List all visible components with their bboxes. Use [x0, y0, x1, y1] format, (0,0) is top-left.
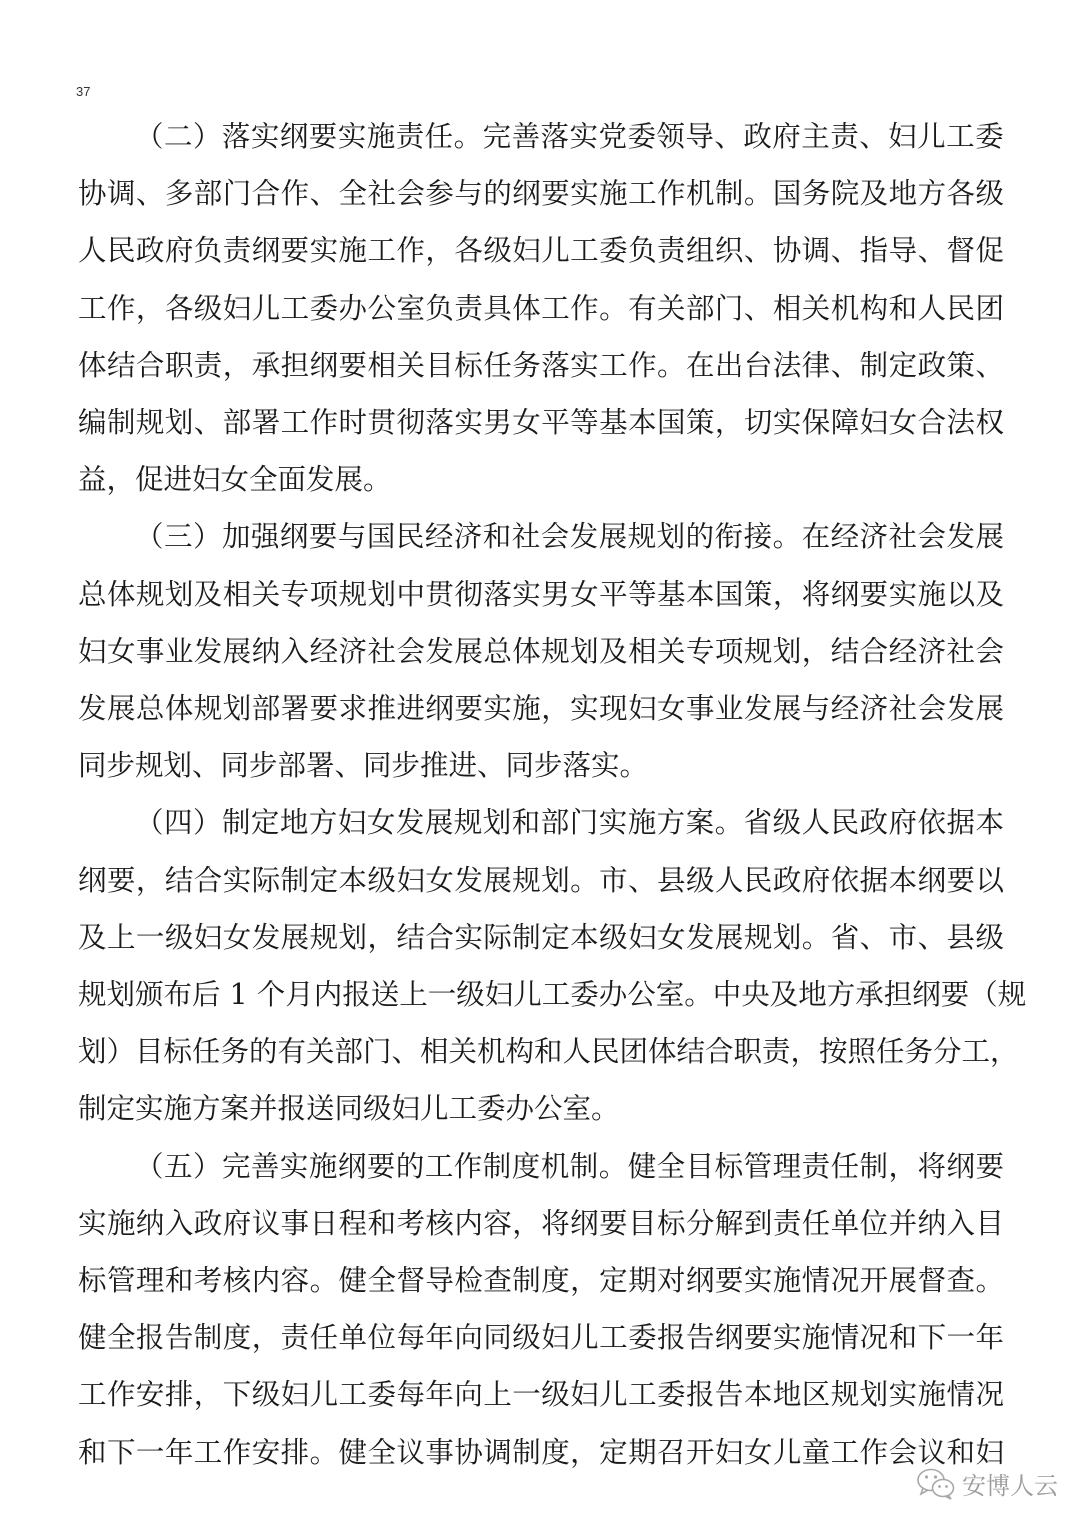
paragraph-line: 纲要，结合实际制定本级妇女发展规划。市、县级人民政府依据本纲要以 [78, 852, 1004, 909]
section-heading: （五）完善实施纲要的工作制度机制。 [135, 1150, 628, 1183]
document-body: （二）落实纲要实施责任。完善落实党委领导、政府主责、妇儿工委 协调、多部门合作、… [78, 108, 1004, 1481]
paragraph-line: 实施纳入政府议事日程和考核内容，将纲要目标分解到责任单位并纳入目 [78, 1195, 1004, 1252]
section-5-work-mechanisms: （五）完善实施纲要的工作制度机制。健全目标管理责任制，将纲要 实施纳入政府议事日… [78, 1138, 1004, 1481]
paragraph-line: 和下一年工作安排。健全议事协调制度，定期召开妇女儿童工作会议和妇 [78, 1424, 1004, 1481]
section-2-responsibility: （二）落实纲要实施责任。完善落实党委领导、政府主责、妇儿工委 协调、多部门合作、… [78, 108, 1004, 508]
paragraph-line: 及上一级妇女发展规划，结合实际制定本级妇女发展规划。省、市、县级 [78, 909, 1004, 966]
wechat-icon [916, 1467, 956, 1501]
paragraph-line: 人民政府负责纲要实施工作，各级妇儿工委负责组织、协调、指导、督促 [78, 222, 1004, 279]
paragraph-line: （五）完善实施纲要的工作制度机制。健全目标管理责任制，将纲要 [78, 1138, 1004, 1195]
section-heading: （三）加强纲要与国民经济和社会发展规划的衔接。 [135, 520, 802, 553]
section-3-plan-integration: （三）加强纲要与国民经济和社会发展规划的衔接。在经济社会发展 总体规划及相关专项… [78, 508, 1004, 794]
paragraph-line: （四）制定地方妇女发展规划和部门实施方案。省级人民政府依据本 [78, 794, 1004, 851]
paragraph-line: 工作，各级妇儿工委办公室负责具体工作。有关部门、相关机构和人民团 [78, 280, 1004, 337]
paragraph-line: （三）加强纲要与国民经济和社会发展规划的衔接。在经济社会发展 [78, 508, 1004, 565]
paragraph-line: 协调、多部门合作、全社会参与的纲要实施工作机制。国务院及地方各级 [78, 165, 1004, 222]
watermark-text: 安博人云 [962, 1466, 1058, 1501]
paragraph-line: 体结合职责，承担纲要相关目标任务落实工作。在出台法律、制定政策、 [78, 337, 1004, 394]
paragraph-line: 总体规划及相关专项规划中贯彻落实男女平等基本国策，将纲要实施以及 [78, 566, 1004, 623]
page-number: 37 [76, 84, 90, 99]
paragraph-line: 编制规划、部署工作时贯彻落实男女平等基本国策，切实保障妇女合法权 [78, 394, 1004, 451]
paragraph-line: 制定实施方案并报送同级妇儿工委办公室。 [78, 1080, 1004, 1137]
paragraph-line: 同步规划、同步部署、同步推进、同步落实。 [78, 737, 1004, 794]
paragraph-line: （二）落实纲要实施责任。完善落实党委领导、政府主责、妇儿工委 [78, 108, 1004, 165]
paragraph-line: 益，促进妇女全面发展。 [78, 451, 1004, 508]
paragraph-line: 发展总体规划部署要求推进纲要实施，实现妇女事业发展与经济社会发展 [78, 680, 1004, 737]
paragraph-line: 工作安排，下级妇儿工委每年向上一级妇儿工委报告本地区规划实施情况 [78, 1366, 1004, 1423]
paragraph-line: 划）目标任务的有关部门、相关机构和人民团体结合职责，按照任务分工， [78, 1023, 1004, 1080]
paragraph-line: 规划颁布后 1 个月内报送上一级妇儿工委办公室。中央及地方承担纲要（规 [78, 966, 1004, 1023]
source-watermark: 安博人云 [916, 1466, 1058, 1501]
section-4-local-plans: （四）制定地方妇女发展规划和部门实施方案。省级人民政府依据本 纲要，结合实际制定… [78, 794, 1004, 1137]
section-heading: （四）制定地方妇女发展规划和部门实施方案。 [135, 806, 744, 839]
paragraph-line: 妇女事业发展纳入经济社会发展总体规划及相关专项规划，结合经济社会 [78, 623, 1004, 680]
paragraph-line: 健全报告制度，责任单位每年向同级妇儿工委报告纲要实施情况和下一年 [78, 1309, 1004, 1366]
section-heading: （二）落实纲要实施责任。 [135, 120, 483, 153]
paragraph-line: 标管理和考核内容。健全督导检查制度，定期对纲要实施情况开展督查。 [78, 1252, 1004, 1309]
